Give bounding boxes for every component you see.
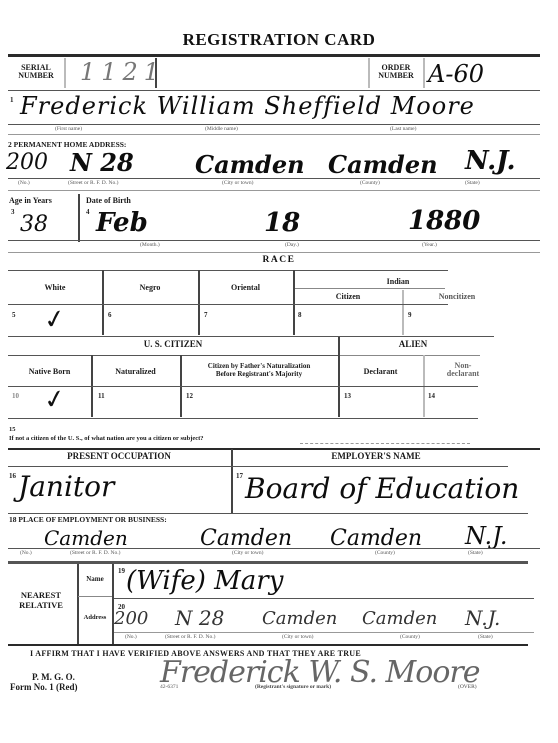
field-number: 16: [9, 472, 16, 480]
divider: [423, 58, 425, 88]
caption-state: (State): [468, 550, 483, 556]
divider: [78, 194, 80, 242]
divider: [295, 288, 445, 289]
divider: [8, 134, 540, 135]
field-number: 5: [12, 311, 16, 319]
field-number: 11: [98, 392, 105, 400]
relative-name-label: Name: [78, 575, 112, 583]
race-col-white: White: [8, 284, 102, 292]
race-col-negro: Negro: [102, 284, 198, 292]
employer-label: EMPLOYER'S NAME: [231, 452, 521, 460]
caption-county: (County): [360, 180, 380, 186]
caption-city: (City or town): [282, 634, 313, 640]
field-number: 6: [108, 311, 112, 319]
address-state-value: N.J.: [465, 146, 516, 176]
race-col-indian-citizen: Citizen: [293, 293, 403, 301]
divider: [8, 561, 528, 564]
serial-label: SERIAL NUMBER: [10, 64, 62, 80]
over-label: (OVER): [458, 684, 477, 690]
divider: [8, 240, 540, 241]
age-label: Age in Years: [9, 197, 52, 205]
divider: [8, 90, 540, 91]
form-number: Form No. 1 (Red): [10, 683, 77, 691]
caption-no: (No.): [18, 180, 30, 186]
divider: [114, 632, 534, 633]
dob-day-value: 18: [264, 208, 300, 238]
relative-address-no-value: 200: [114, 608, 148, 629]
citizen-col-naturalized: Naturalized: [91, 368, 180, 376]
field-number: 1: [10, 96, 14, 104]
caption-no: (No.): [20, 550, 32, 556]
field-number: 15: [9, 426, 16, 433]
address-city-value: Camden: [195, 150, 305, 179]
citizen-col-native-born: Native Born: [8, 368, 91, 376]
order-number-value: A-60: [428, 60, 484, 88]
dob-month-value: Feb: [96, 208, 148, 238]
caption-county: (County): [400, 634, 420, 640]
nearest-relative-line2: RELATIVE: [10, 600, 72, 610]
caption-street: (Street or R. F. D. No.): [165, 634, 215, 640]
registrant-name-value: Frederick William Sheffield Moore: [20, 92, 475, 120]
signature-caption: (Registrant's signature or mark): [255, 684, 331, 690]
dob-year-value: 1880: [408, 206, 480, 236]
address-county-value: Camden: [328, 150, 438, 179]
native-born-checkmark: ✓: [42, 383, 69, 416]
race-white-checkmark: ✓: [42, 303, 69, 336]
divider: [8, 336, 494, 337]
card-title: REGISTRATION CARD: [0, 30, 558, 50]
field-number: 12: [186, 392, 193, 400]
divider: [8, 304, 448, 305]
caption-state: (State): [478, 634, 493, 640]
caption-no: (No.): [125, 634, 137, 640]
address-street-value: N 28: [70, 148, 134, 177]
caption-street: (Street or R. F. D. No.): [70, 550, 120, 556]
relative-address-label: Address: [78, 614, 112, 622]
serial-number-value: 1121: [80, 58, 165, 86]
divider: [8, 252, 540, 253]
divider: [8, 418, 478, 419]
race-col-indian-noncitizen: Noncitizen: [402, 293, 512, 301]
alien-title: ALIEN: [338, 340, 488, 348]
field-number: 3: [11, 208, 15, 216]
us-citizen-title: U. S. CITIZEN: [8, 340, 338, 348]
caption-street: (Street or R. F. D. No.): [68, 180, 118, 186]
employment-state-value: N.J.: [465, 522, 507, 550]
caption-city: (City or town): [232, 550, 263, 556]
alien-col-non-declarant: Non- declarant: [423, 362, 503, 378]
relative-name-value: (Wife) Mary: [126, 566, 283, 596]
field-number: 4: [86, 208, 90, 216]
divider: [338, 337, 340, 417]
employment-street-value: Camden: [44, 526, 128, 550]
q15-answer-line: [300, 443, 470, 444]
order-label: ORDER NUMBER: [370, 64, 422, 80]
divider: [8, 124, 540, 125]
citizen-col-fathers-naturalization: Citizen by Father's Naturalization Befor…: [180, 362, 338, 378]
caption-county: (County): [375, 550, 395, 556]
alien-col-declarant: Declarant: [338, 368, 423, 376]
divider: [8, 448, 540, 450]
divider: [340, 355, 480, 356]
caption-day: (Day.): [285, 242, 299, 248]
serial-label-line2: NUMBER: [10, 72, 62, 80]
relative-address-city-value: Camden: [262, 608, 337, 629]
col3-line1: Citizen by Father's Naturalization: [180, 362, 338, 370]
print-code: 42-6371: [160, 684, 178, 690]
order-label-line2: NUMBER: [370, 72, 422, 80]
age-value: 38: [20, 212, 48, 237]
occupation-value: Janitor: [18, 470, 114, 503]
race-col-oriental: Oriental: [198, 284, 293, 292]
caption-month: (Month.): [140, 242, 160, 248]
address-no-value: 200: [6, 150, 48, 175]
divider: [8, 178, 540, 179]
divider: [114, 598, 534, 599]
relative-address-county-value: Camden: [362, 608, 437, 629]
employer-value: Board of Education: [245, 472, 519, 505]
divider: [8, 466, 508, 467]
divider: [8, 54, 540, 57]
field-number: 17: [236, 472, 243, 480]
race-indian-label: Indian: [293, 278, 503, 286]
nearest-relative-label: NEAREST RELATIVE: [10, 590, 72, 610]
dob-label: Date of Birth: [86, 197, 131, 205]
field-number: 13: [344, 392, 351, 400]
divider: [8, 355, 338, 356]
divider: [64, 58, 66, 88]
middle-name-caption: (Middle name): [205, 126, 238, 132]
divider: [8, 190, 540, 191]
divider: [8, 513, 528, 514]
field-number: 14: [428, 392, 435, 400]
nearest-relative-line1: NEAREST: [10, 590, 72, 600]
field-number: 10: [12, 392, 19, 400]
divider: [8, 548, 540, 549]
field-number: 8: [298, 311, 302, 319]
first-name-caption: (First name): [55, 126, 82, 132]
divider: [8, 644, 528, 646]
caption-city: (City or town): [222, 180, 253, 186]
relative-address-street-value: N 28: [175, 606, 224, 630]
q15-label: If not a citizen of the U. S., of what n…: [9, 435, 204, 443]
divider: [8, 270, 448, 271]
caption-year: (Year.): [422, 242, 437, 248]
field-number: 19: [118, 567, 125, 575]
employment-place-label: 18 PLACE OF EMPLOYMENT OR BUSINESS:: [9, 516, 167, 524]
form-agency: P. M. G. O.: [32, 673, 75, 681]
divider: [198, 270, 200, 335]
race-section-title: RACE: [0, 255, 558, 265]
col5-line2: declarant: [423, 370, 503, 378]
col3-line2: Before Registrant's Majority: [180, 370, 338, 378]
field-number: 7: [204, 311, 208, 319]
divider: [155, 58, 157, 88]
divider: [8, 386, 478, 387]
last-name-caption: (Last name): [390, 126, 416, 132]
relative-address-state-value: N.J.: [465, 606, 500, 630]
field-number: 9: [408, 311, 412, 319]
caption-state: (State): [465, 180, 480, 186]
divider: [102, 270, 104, 335]
divider: [78, 596, 112, 597]
occupation-label: PRESENT OCCUPATION: [8, 452, 230, 460]
